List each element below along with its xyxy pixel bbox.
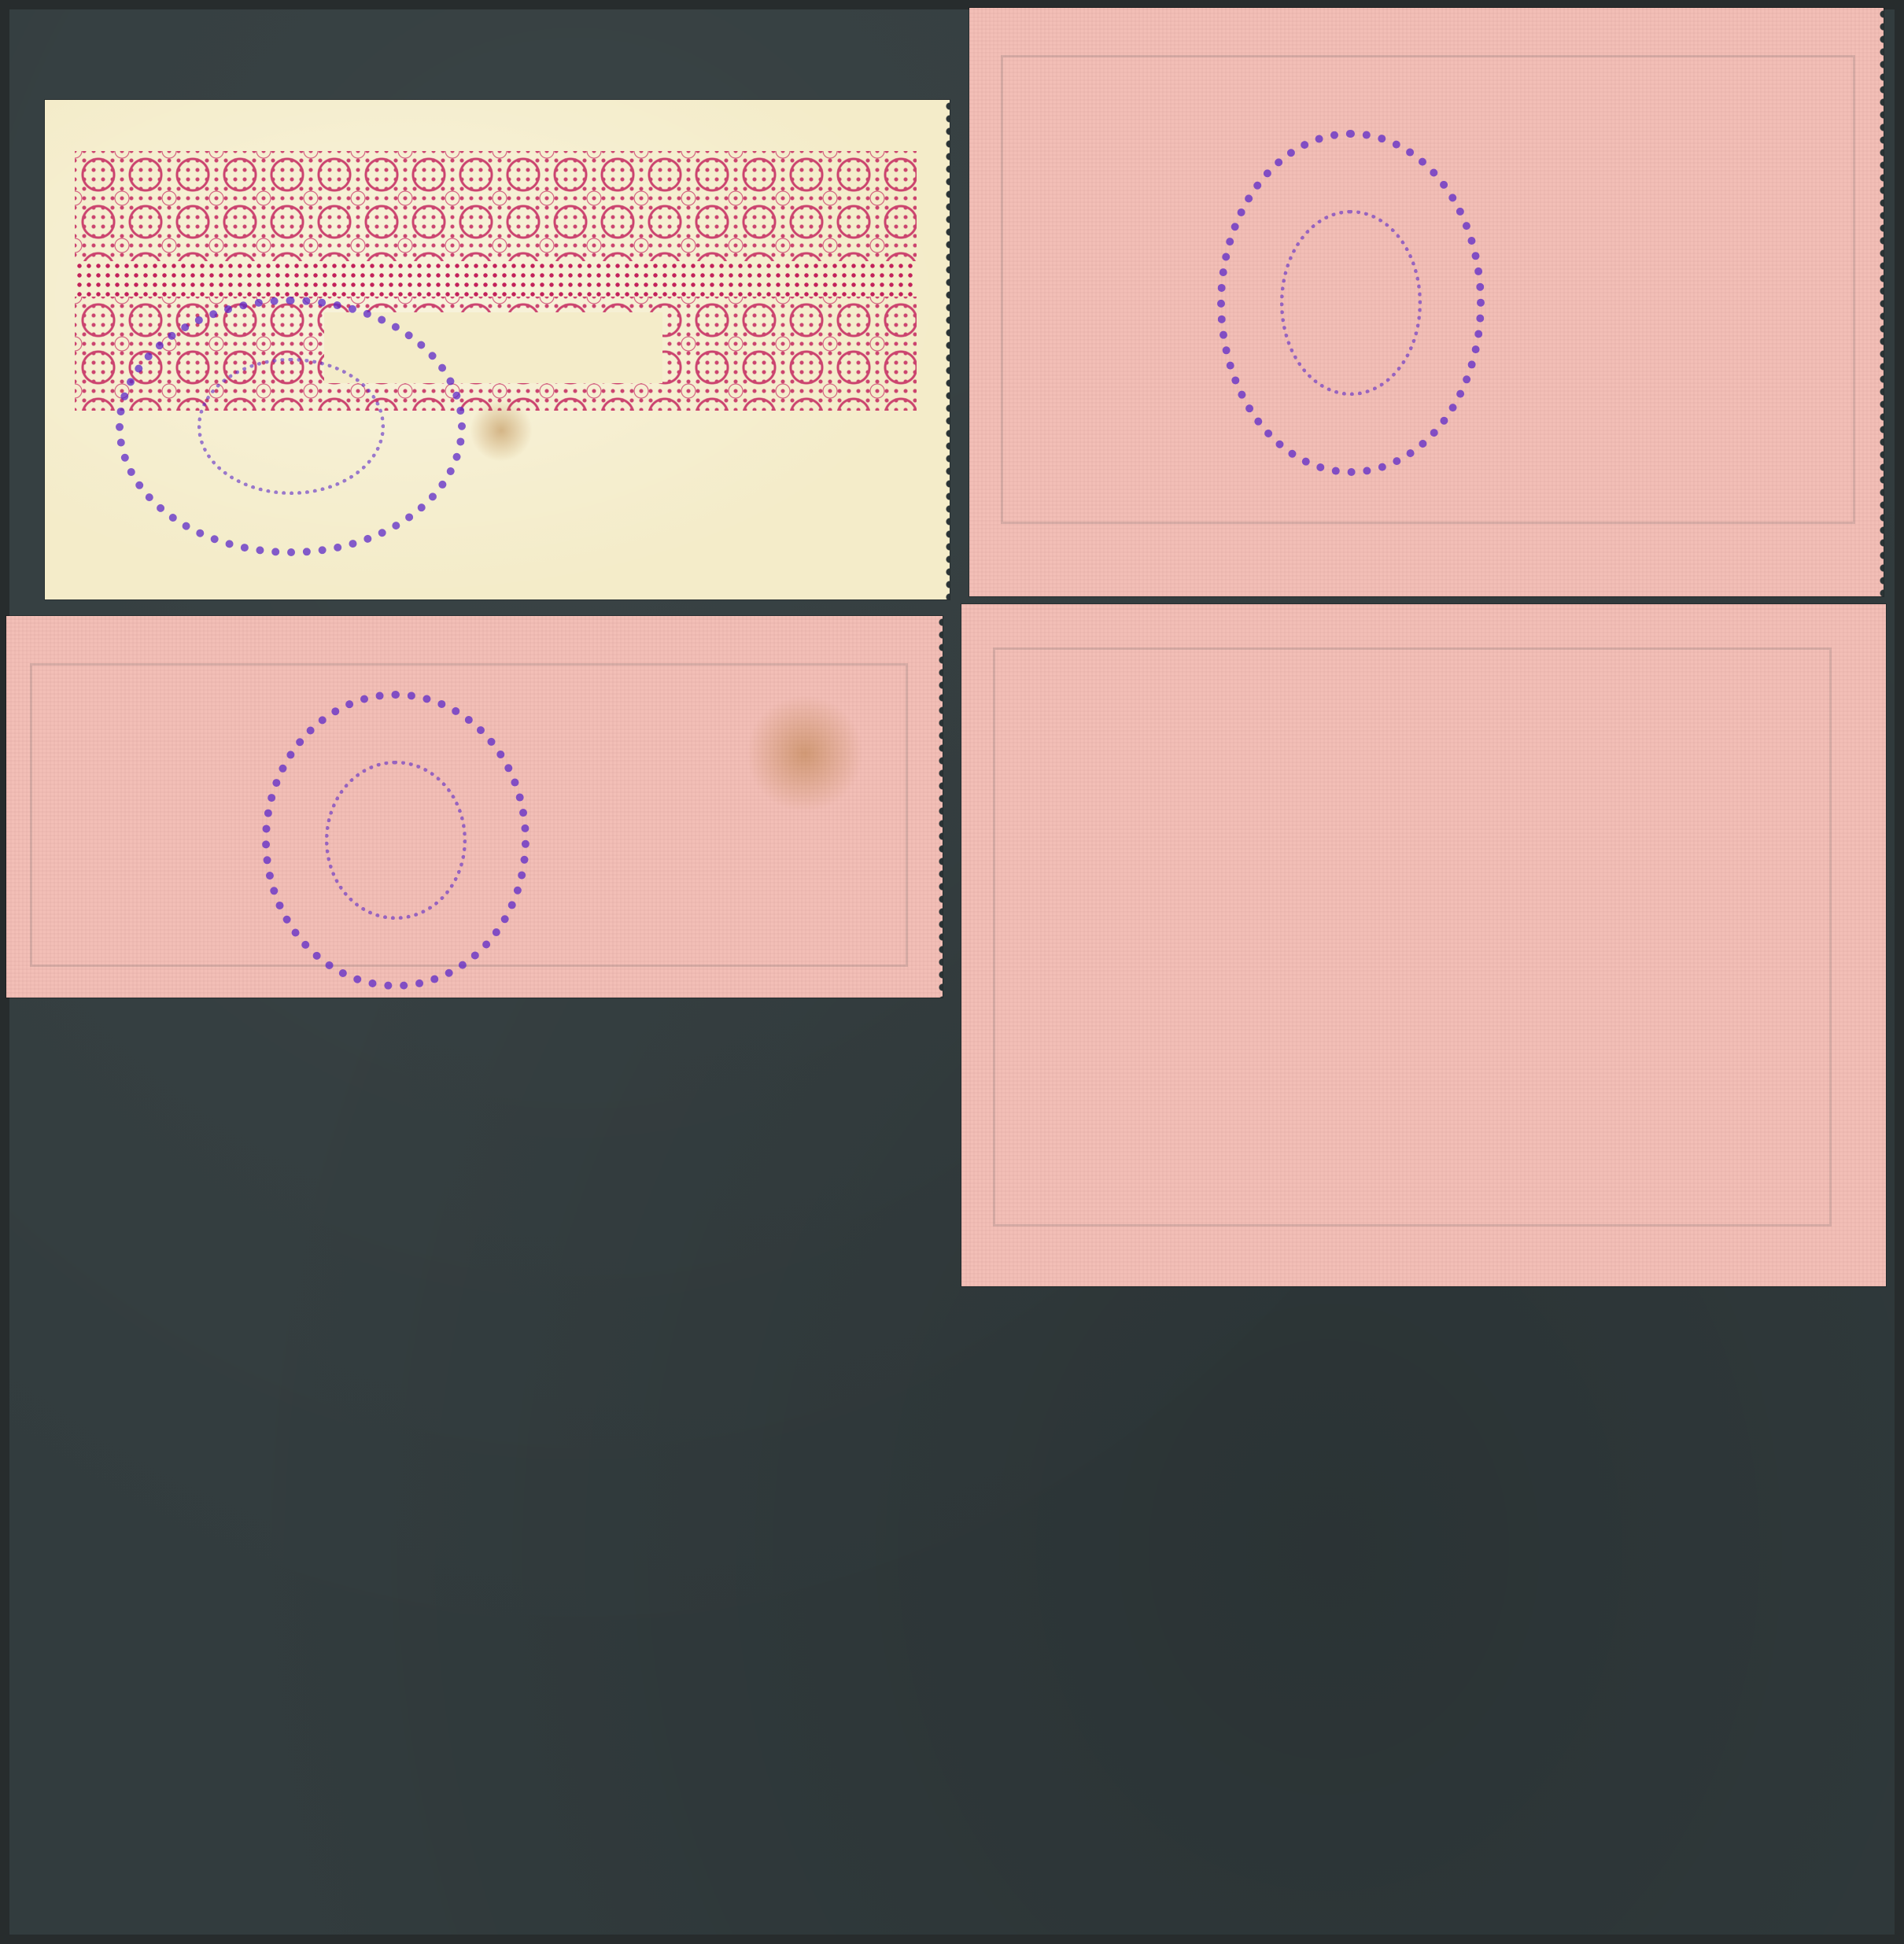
dotted-band <box>75 261 917 297</box>
banknote-pink-left-second <box>6 616 943 998</box>
municipal-stamp <box>262 691 530 990</box>
perforated-edge <box>946 100 950 599</box>
banknote-pink-right-middle <box>961 604 1886 1286</box>
perforated-edge <box>1880 8 1884 596</box>
engraved-ornament-top <box>75 151 917 261</box>
banknote-25-cts <box>45 100 950 599</box>
municipal-stamp <box>116 297 466 556</box>
stain <box>746 695 864 813</box>
municipal-stamp <box>1217 130 1485 476</box>
banknote-pink-top-right <box>969 8 1884 596</box>
perforated-edge <box>939 616 943 998</box>
stain <box>470 399 533 462</box>
